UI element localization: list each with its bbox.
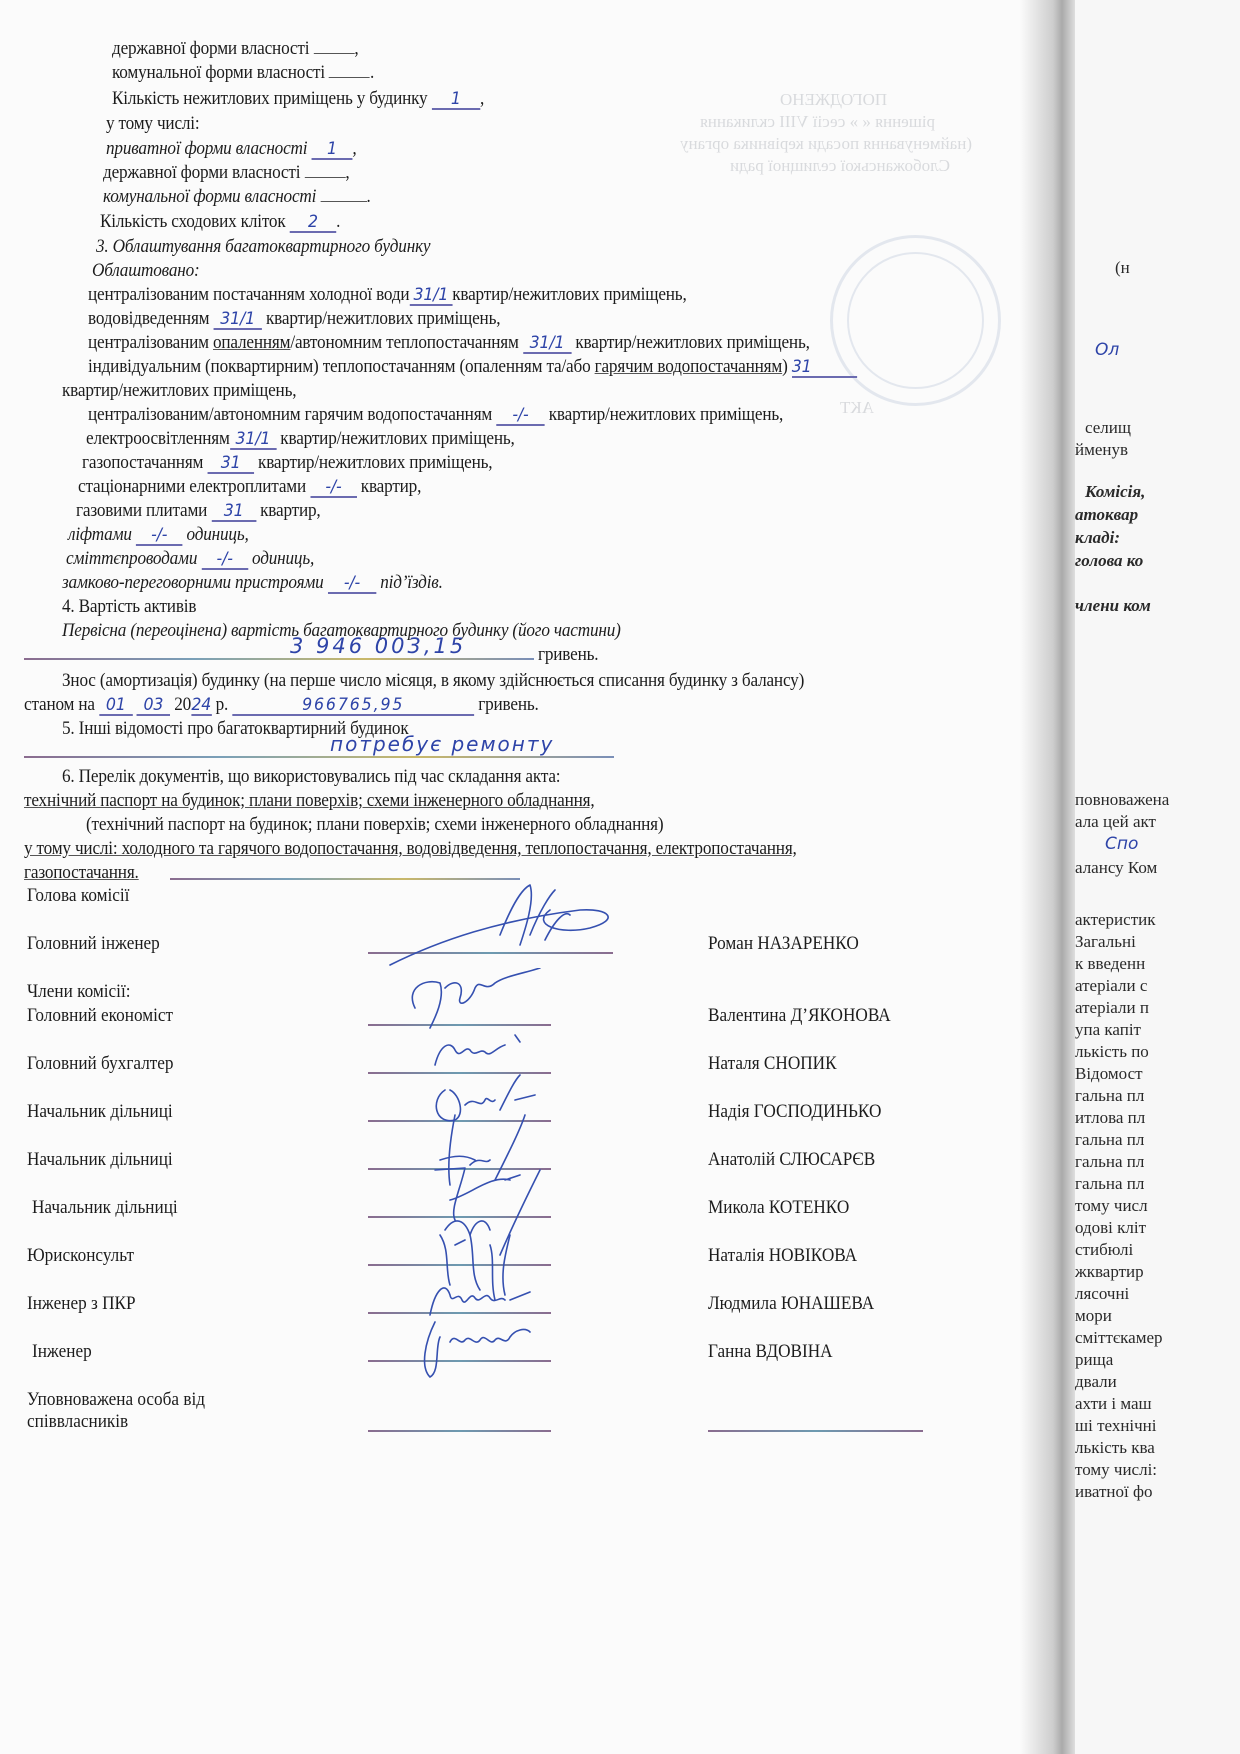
signatory-name-7: Людмила ЮНАШЕВА — [708, 1294, 874, 1315]
ghost-stamp-icon — [830, 235, 1001, 406]
amenity-elevators: ліфтами -/- одиниць, — [68, 524, 249, 546]
signatory-name-6: Наталія НОВІКОВА — [708, 1246, 857, 1267]
co-owners-label-1: Уповноважена особа від — [27, 1390, 205, 1411]
depreciation-label: Знос (амортизація) будинку (на перше чис… — [62, 670, 804, 692]
amenity-elevators-field: -/- — [136, 526, 183, 546]
amenity-garbage-chutes: сміттєпроводами -/- одиниць, — [66, 548, 314, 570]
initial-cost-underline — [24, 658, 534, 660]
stairwells-field: 2 — [290, 213, 337, 233]
documents-including: у тому числі: холодного та гарячого водо… — [24, 838, 797, 860]
stairwells-line: Кількість сходових кліток 2. — [100, 211, 340, 233]
signatory-role-5: Начальник дільниці — [32, 1198, 178, 1219]
state-ownership-field — [313, 53, 354, 54]
signatory-role-2: Головний бухгалтер — [27, 1054, 174, 1075]
nr-communal-ownership-line: комунальної форми власності . — [103, 186, 371, 208]
amenity-cold-water-field: 31/1 — [409, 286, 452, 306]
as-of-day-field: 01 — [99, 696, 132, 716]
section5-underline — [24, 756, 614, 758]
amenity-electric-lighting-field: 31/1 — [230, 430, 277, 450]
nr-state-ownership-line: державної форми власності , — [103, 162, 349, 184]
section3-heading: 3. Облаштування багатоквартирного будинк… — [96, 236, 430, 258]
signature-icon — [395, 968, 545, 1038]
private-ownership-line: приватної форми власності 1, — [106, 138, 357, 160]
nr-state-ownership-field — [304, 177, 345, 178]
section6-heading: 6. Перелік документів, що використовувал… — [62, 766, 560, 788]
page-fold-shadow — [1020, 0, 1080, 1754]
signatory-name-0: Роман НАЗАРЕНКО — [708, 934, 859, 955]
signatory-name-3: Надія ГОСПОДИНЬКО — [708, 1102, 881, 1123]
ghost-approve-line2: (найменування посади керівника органу — [680, 134, 972, 154]
co-owners-label-2: співвласників — [27, 1412, 128, 1433]
nr-communal-ownership-field — [320, 201, 367, 202]
amenity-electric-lighting: електроосвітленням31/1 квартир/нежитлови… — [86, 428, 515, 450]
amenity-gas-stoves: газовими плитами 31 квартир, — [76, 500, 321, 522]
depreciation-line: станом на 01 03 2024 р. 966765,95 гривен… — [24, 694, 539, 716]
scanned-document-page: ПОГОДЖЕНО рішення « » сесії VIII скликан… — [0, 0, 1240, 1754]
amenity-intercoms-field: -/- — [328, 574, 376, 594]
amenity-central-heating: централізованим опаленням/автономним теп… — [88, 332, 810, 354]
chair-heading: Голова комісії — [27, 886, 129, 907]
amenity-hot-water: централізованим/автономним гарячим водоп… — [88, 404, 783, 426]
signatory-role-7: Інженер з ПКР — [27, 1294, 136, 1315]
nonresidential-count-line: Кількість нежитлових приміщень у будинку… — [112, 88, 484, 110]
ghost-approve-title: ПОГОДЖЕНО — [780, 90, 887, 110]
section4-heading: 4. Вартість активів — [62, 596, 196, 618]
amenity-individual-heating: індивідуальним (поквартирним) теплопоста… — [88, 356, 857, 378]
signatory-role-4: Начальник дільниці — [27, 1150, 173, 1171]
amenity-gas-stoves-field: 31 — [211, 502, 256, 522]
signature-icon — [410, 1312, 540, 1382]
amenity-individual-heating-field: 31 — [792, 358, 857, 378]
signatory-role-6: Юрисконсульт — [27, 1246, 134, 1267]
signatory-name-5: Микола КОТЕНКО — [708, 1198, 849, 1219]
ghost-approve-line1: рішення « » сесії VIII скликання — [700, 112, 935, 132]
signatory-name-1: Валентина Д’ЯКОНОВА — [708, 1006, 891, 1027]
amenity-intercoms: замково-переговорними пристроями -/- під… — [62, 572, 443, 594]
amenity-sewerage-field: 31/1 — [214, 310, 262, 330]
signatory-role-0: Головний інженер — [27, 934, 160, 955]
amenity-electric-stoves-field: -/- — [310, 478, 357, 498]
amenity-gas-supply: газопостачанням 31 квартир/нежитлових пр… — [82, 452, 492, 474]
nonresidential-count-field: 1 — [432, 90, 480, 110]
adjacent-page-edge: (н Ол селищ йменув Комісія, атоквар клад… — [1075, 0, 1240, 1754]
depreciation-value-field: 966765,95 — [232, 696, 474, 716]
ghost-approve-line3: Слобожанської селищної ради — [730, 156, 950, 176]
signatory-role-3: Начальник дільниці — [27, 1102, 173, 1123]
amenity-central-heating-field: 31/1 — [523, 334, 571, 354]
amenity-individual-heating-suffix: квартир/нежитлових приміщень, — [62, 380, 296, 402]
amenity-hot-water-field: -/- — [496, 406, 544, 426]
signatory-role-1: Головний економіст — [27, 1006, 173, 1027]
co-owners-signature-line — [368, 1430, 551, 1432]
amenity-gas-supply-field: 31 — [207, 454, 253, 474]
signature-icon — [380, 880, 640, 970]
co-owners-name-line — [708, 1430, 923, 1432]
ghost-act-title: АКТ — [840, 398, 874, 418]
documents-hint: (технічний паспорт на будинок; плани пов… — [86, 814, 663, 836]
section5-value: потребує ремонту — [330, 732, 554, 756]
private-ownership-field: 1 — [312, 140, 353, 160]
initial-cost-value: 3 946 003,15 — [290, 634, 466, 658]
signatory-name-8: Ганна ВДОВІНА — [708, 1342, 833, 1363]
communal-ownership-field — [329, 77, 370, 78]
signatory-name-2: Наталя СНОПИК — [708, 1054, 837, 1075]
signatory-role-8: Інженер — [32, 1342, 92, 1363]
amenity-sewerage: водовідведенням 31/1 квартир/нежитлових … — [88, 308, 500, 330]
section3-subheading: Облаштовано: — [92, 260, 200, 282]
including-line: у тому числі: — [106, 113, 199, 135]
amenity-electric-stoves: стаціонарними електроплитами -/- квартир… — [78, 476, 421, 498]
state-ownership-line: державної форми власності , — [112, 38, 358, 60]
members-heading: Члени комісії: — [27, 982, 131, 1003]
as-of-month-field: 03 — [137, 696, 170, 716]
as-of-year-field: 24 — [191, 696, 211, 716]
documents-list: технічний паспорт на будинок; плани пове… — [24, 790, 594, 812]
communal-ownership-line: комунальної форми власності . — [112, 62, 374, 84]
initial-cost-currency: гривень. — [538, 644, 598, 666]
signatory-name-4: Анатолій СЛЮСАРЄВ — [708, 1150, 875, 1171]
amenity-garbage-chutes-field: -/- — [201, 550, 248, 570]
amenity-cold-water: централізованим постачанням холодної вод… — [88, 284, 687, 306]
documents-including-2: газопостачання. — [24, 862, 139, 884]
